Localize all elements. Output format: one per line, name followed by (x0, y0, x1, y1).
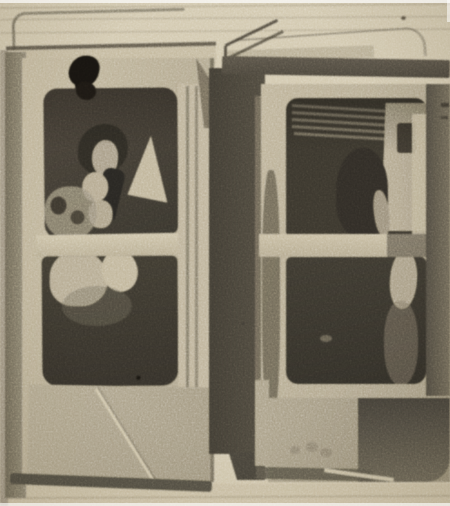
print-fleck (441, 103, 449, 107)
window-glare (320, 335, 332, 342)
photo-scene (0, 0, 450, 506)
smudge-mark (306, 442, 318, 452)
smudge-mark (290, 446, 300, 454)
right-booth-door (255, 84, 450, 484)
print-fleck (441, 116, 448, 119)
right-booth-corner-post (255, 380, 269, 466)
right-booth-right-edge (426, 84, 450, 396)
right-booth-upper-window (286, 98, 427, 236)
caller-right-shoulder (387, 234, 431, 257)
glass-reflection (286, 98, 427, 153)
caller-right-arm (384, 301, 418, 384)
newspaper-photo (0, 0, 450, 506)
right-phone-booth (0, 0, 450, 506)
smudge-mark (320, 448, 332, 457)
right-booth-roof-canopy (222, 56, 450, 78)
scan-edge (0, 0, 450, 3)
right-booth-lower-window (286, 257, 426, 384)
